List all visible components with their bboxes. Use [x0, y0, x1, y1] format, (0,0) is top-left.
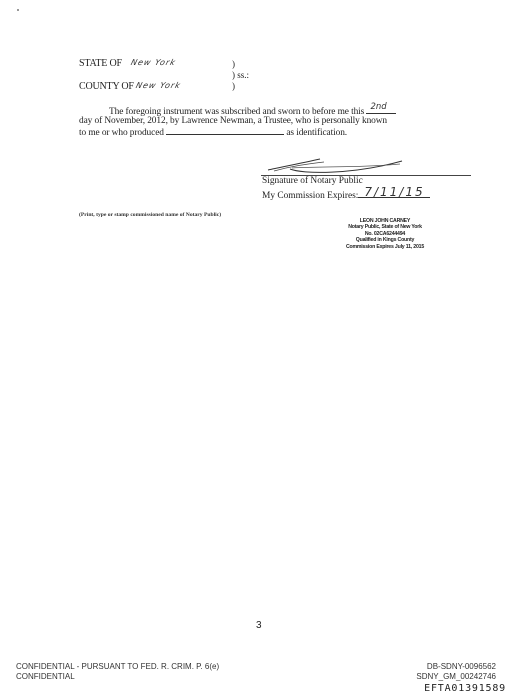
page-number: 3	[256, 620, 262, 631]
confidential-label: CONFIDENTIAL	[16, 672, 219, 682]
commission-expires-handwritten-value: 7/11/15	[364, 187, 424, 199]
jurat-line-2: day of November, 2012, by Lawrence Newma…	[79, 116, 387, 128]
bates-efta: EFTA01391589	[424, 683, 506, 694]
commission-expires-label: My Commission Expires:	[262, 191, 358, 201]
commission-expires-row: My Commission Expires:7/11/15	[262, 187, 430, 203]
notary-signature-scribble	[262, 158, 412, 176]
day-blank: 2nd	[366, 104, 396, 114]
county-handwritten-value: New York	[135, 81, 182, 90]
signature-label: Signature of Notary Public	[262, 176, 363, 188]
venue-bracket-top: )	[232, 59, 235, 69]
footer-left: CONFIDENTIAL - PURSUANT TO FED. R. CRIM.…	[16, 662, 219, 682]
print-name-instruction: (Print, type or stamp commissioned name …	[79, 212, 221, 218]
confidentiality-notice: CONFIDENTIAL - PURSUANT TO FED. R. CRIM.…	[16, 662, 219, 672]
bates-sdny-gm: SDNY_GM_00242746	[416, 672, 496, 682]
footer-right: DB-SDNY-0096562 SDNY_GM_00242746	[416, 662, 496, 682]
jurat-line-3-prefix: to me or who produced	[79, 128, 164, 138]
state-label: STATE OF	[79, 58, 122, 69]
identification-blank	[166, 134, 284, 135]
scan-speck	[17, 9, 19, 11]
commission-expires-blank: 7/11/15	[358, 187, 430, 198]
day-handwritten-value: 2nd	[370, 102, 386, 114]
jurat-line-3-suffix: as identification.	[286, 128, 347, 138]
jurat-line-3: to me or who produced as identification.	[79, 128, 347, 140]
county-label: COUNTY OF	[79, 81, 134, 92]
notary-stamp: LEON JOHN CARNEY Notary Public, State of…	[318, 218, 452, 250]
bates-db-sdny: DB-SDNY-0096562	[416, 662, 496, 672]
venue-bracket-ss: ) ss.:	[232, 70, 249, 80]
stamp-line-expiration: Commission Expires July 11, 2015	[318, 244, 452, 250]
venue-bracket-bottom: )	[232, 81, 235, 91]
state-handwritten-value: New York	[130, 58, 177, 67]
